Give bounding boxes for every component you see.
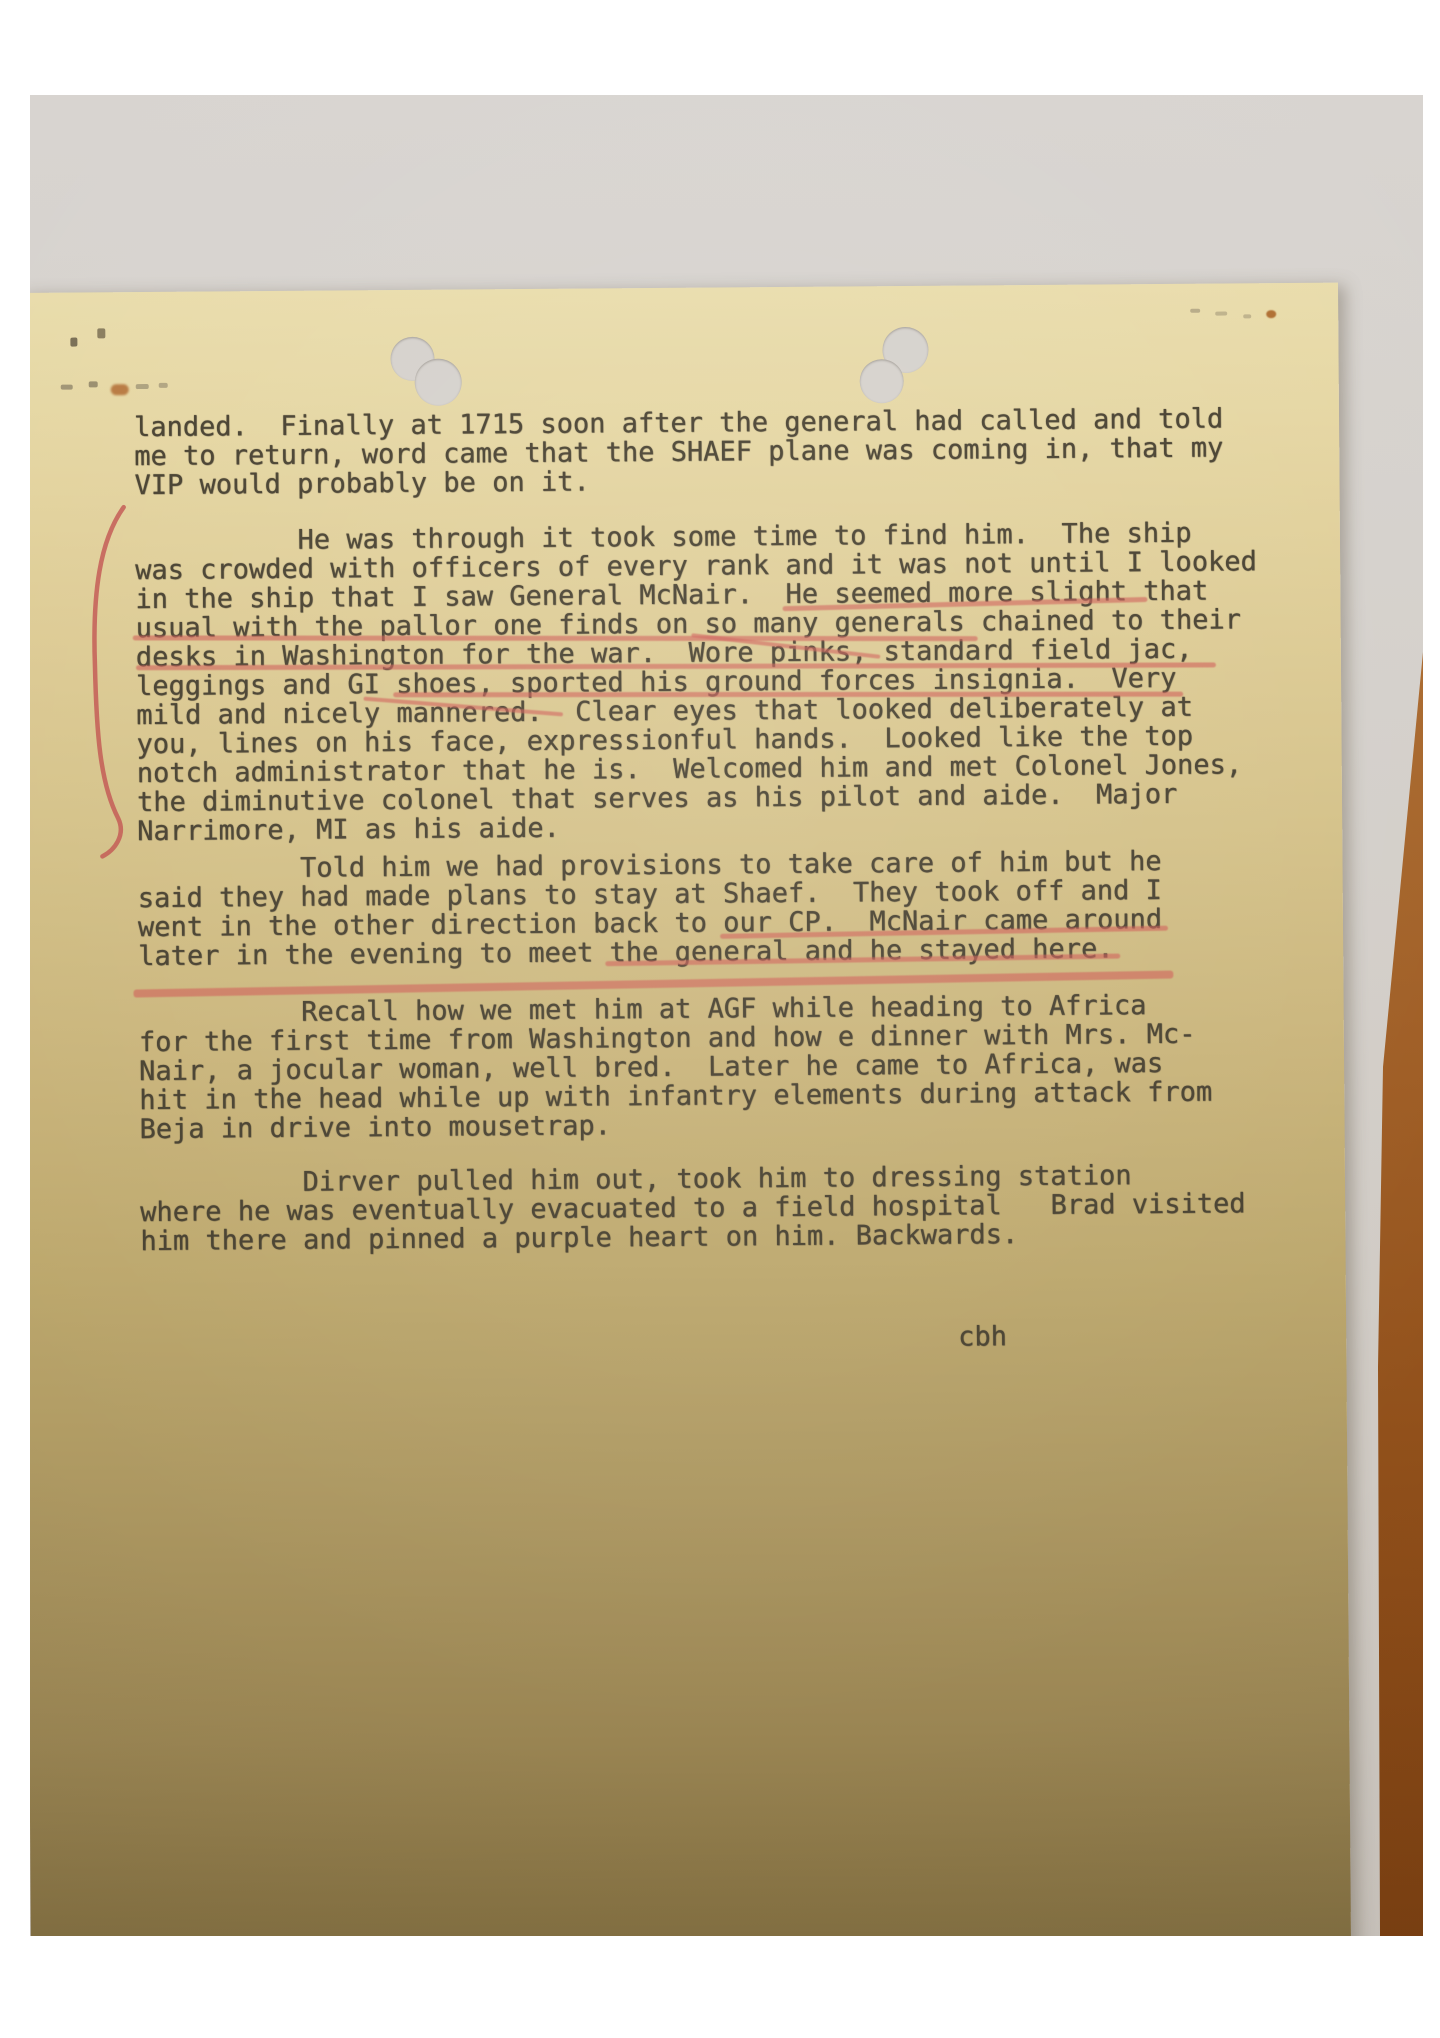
faded-mark <box>1190 309 1200 313</box>
typed-paragraph-3: Told him we had provisions to take care … <box>137 847 1162 971</box>
stain-speck <box>97 328 105 338</box>
typed-paragraph-2: He was through it took some time to find… <box>135 518 1259 846</box>
typed-paragraph-5: Dirver pulled him out, took him to dress… <box>140 1160 1246 1256</box>
typed-paragraph-1: landed. Finally at 1715 soon after the g… <box>134 405 1224 501</box>
stain-mark-row <box>136 384 149 389</box>
typed-paragraph-4: Recall how we met him at AGF while headi… <box>139 991 1213 1144</box>
stain-mark-row <box>159 383 168 388</box>
scan-page: { "document": { "kind": "typewritten dia… <box>0 0 1440 2038</box>
faded-mark <box>1215 312 1227 316</box>
rust-stain <box>111 384 129 395</box>
punch-hole-left-lower <box>415 359 462 406</box>
stain-mark-row <box>61 385 73 390</box>
stain-speck <box>70 338 77 347</box>
document-paper: landed. Finally at 1715 soon after the g… <box>30 283 1351 1936</box>
signature-initials: cbh <box>958 1322 1007 1351</box>
rust-dot-top-right <box>1266 310 1276 318</box>
document-photo: landed. Finally at 1715 soon after the g… <box>30 95 1423 1936</box>
faded-mark <box>1243 314 1251 318</box>
stain-mark-row <box>89 381 98 387</box>
punch-hole-right-lower <box>860 359 904 403</box>
